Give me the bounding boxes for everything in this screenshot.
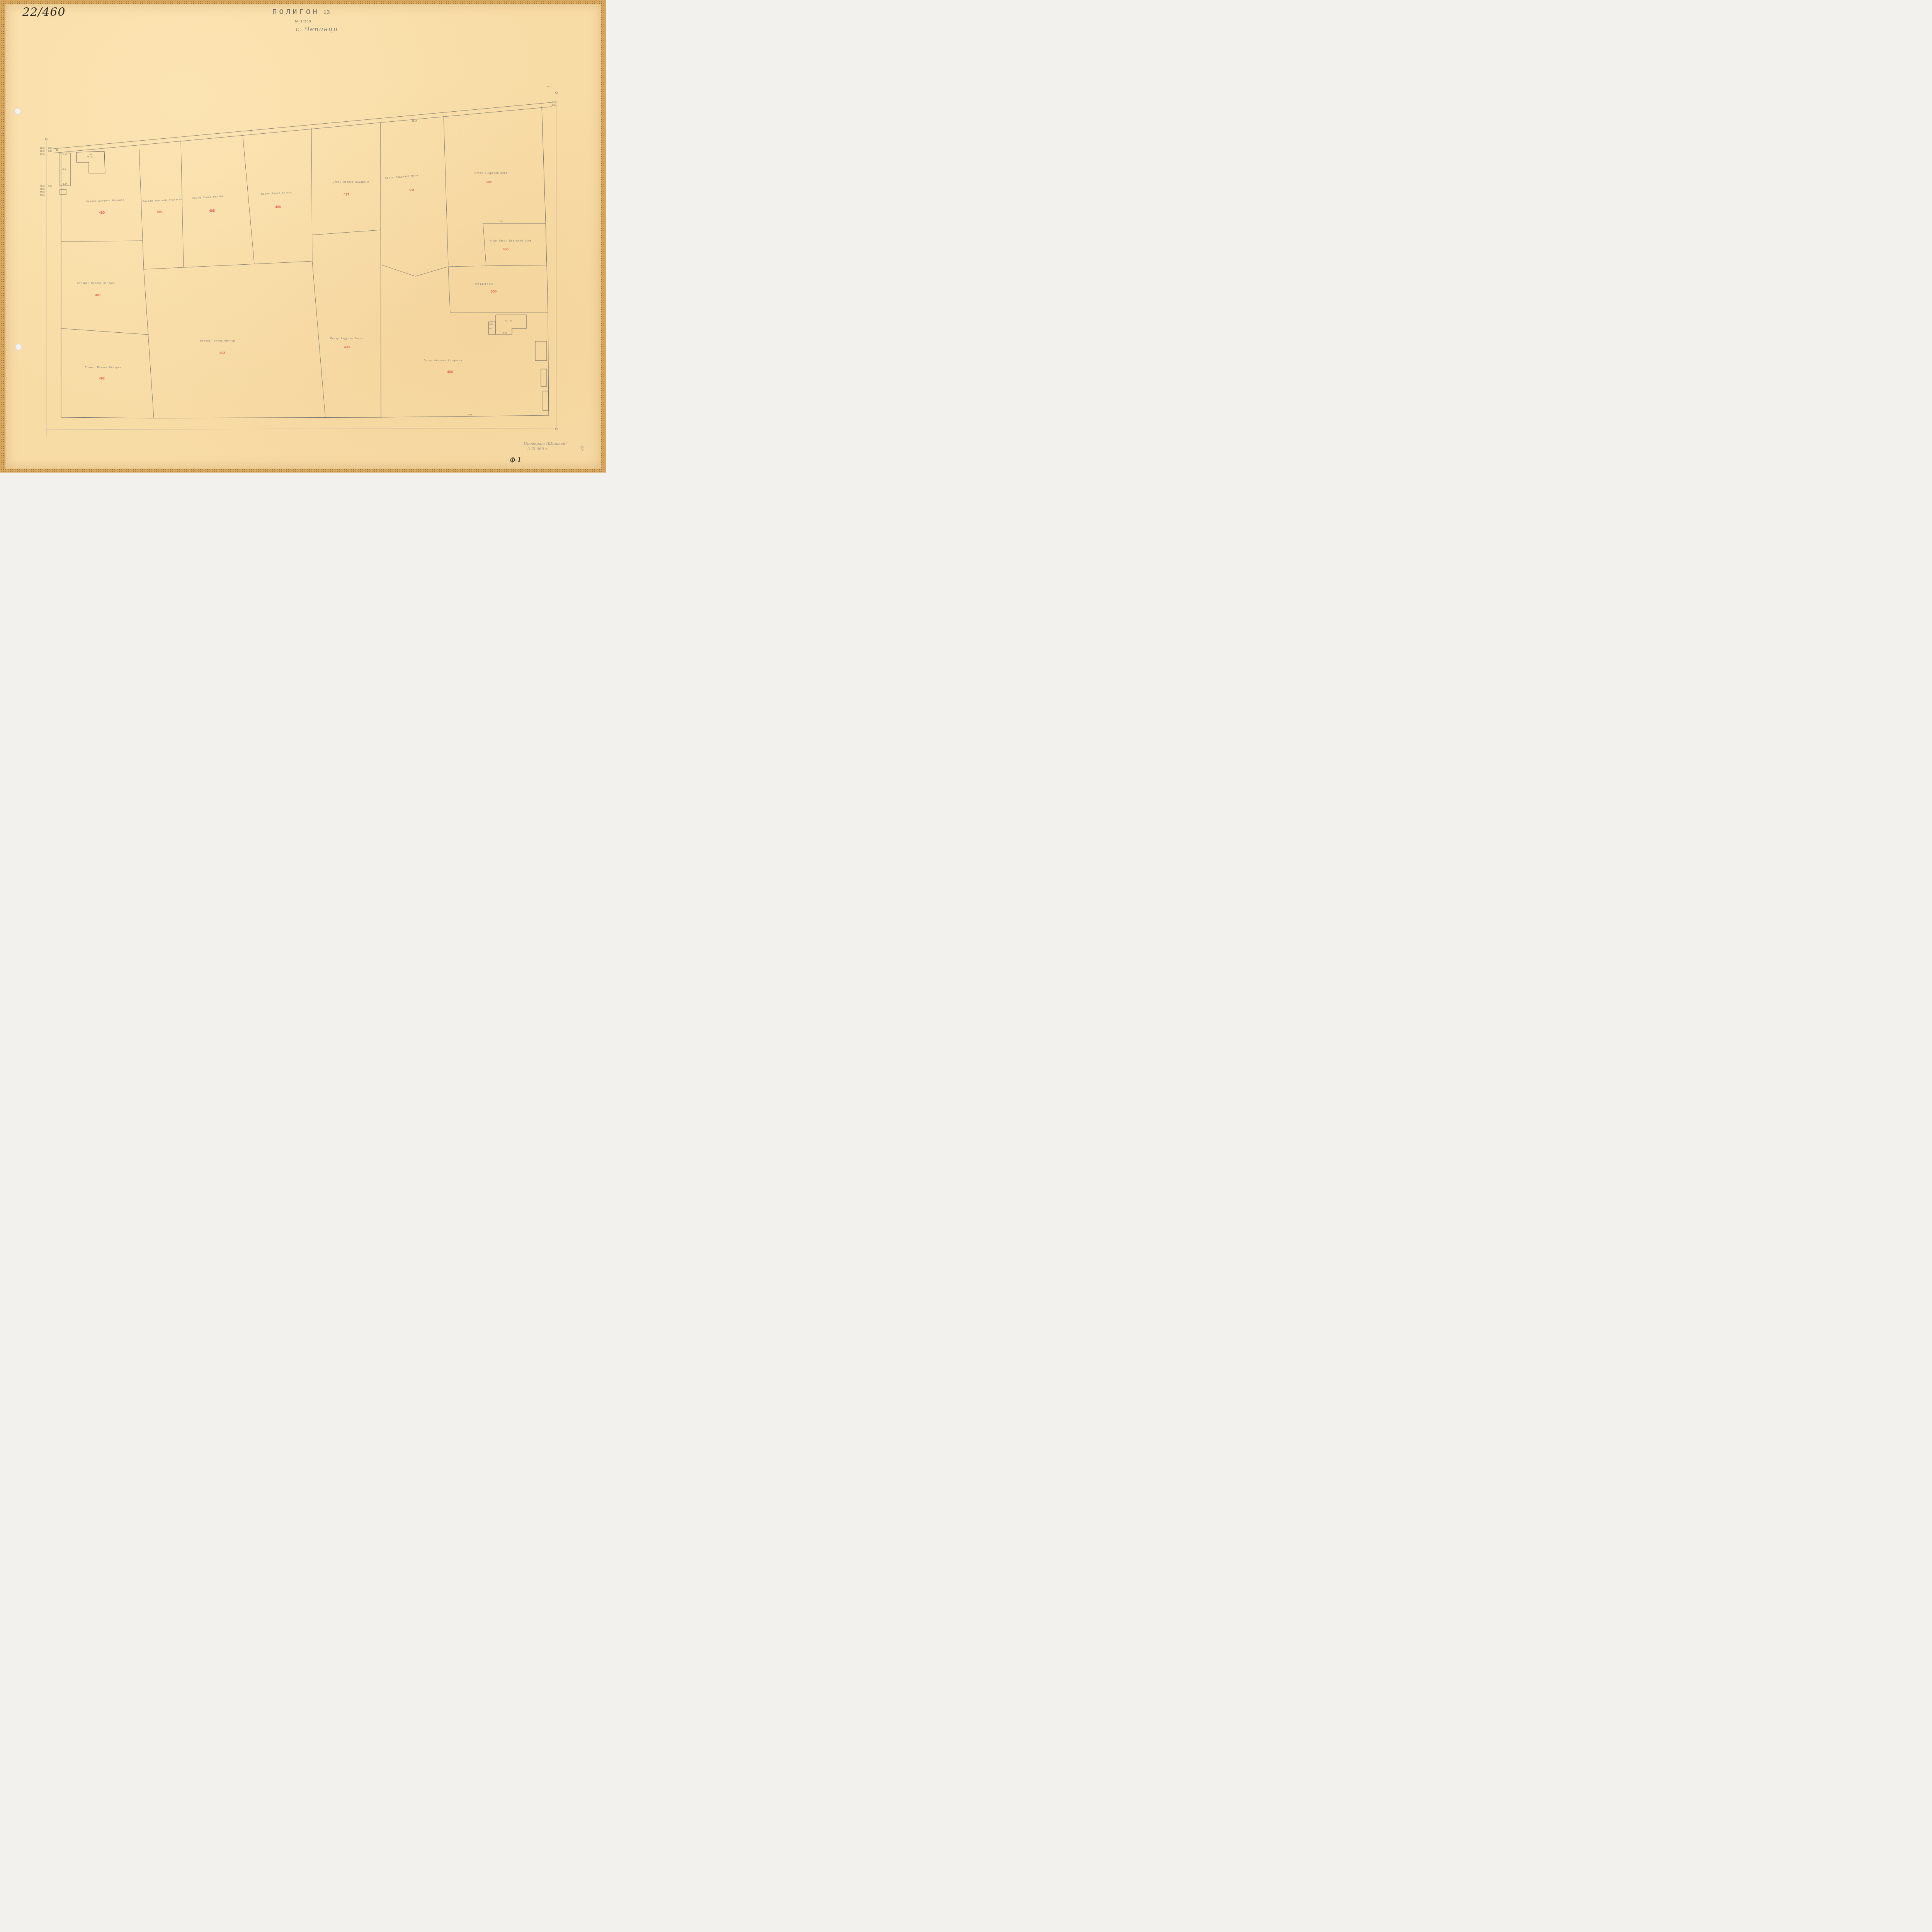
parcel-owner: Стоян Гьоргиев Юсов	[474, 172, 508, 175]
parcel-number: 501	[409, 188, 415, 192]
dimension: 68.95	[468, 414, 473, 416]
dimension: 79.68	[40, 185, 45, 187]
parcel-owner: Петър Андреев Люсов	[330, 337, 364, 340]
dimension: 91.35	[40, 147, 45, 150]
dimension: 7.83	[48, 150, 52, 153]
parcel-owner: Петър Ангелов Стефанов	[424, 359, 462, 362]
parcel-number: 502	[486, 180, 492, 184]
boundary-491-492	[61, 328, 149, 335]
dimension: 90.55	[40, 150, 45, 153]
parcel-number: 499	[447, 370, 453, 374]
dimension: 27.02	[498, 221, 503, 223]
boundary-south-494-497	[144, 261, 312, 269]
boundary-492-493	[144, 269, 154, 418]
boundary-497-inner	[312, 230, 381, 235]
se-buildings	[488, 315, 549, 410]
boundary-494-495	[181, 141, 184, 267]
se-outbuilding-2	[541, 369, 547, 386]
small-shed	[60, 189, 66, 195]
south-boundary	[61, 153, 549, 418]
dimension: 77.20	[40, 191, 45, 194]
parcel-number: 491	[95, 293, 101, 297]
boundary-496-497	[311, 128, 312, 261]
folio-number: ф-1	[510, 456, 522, 464]
dimension: 3.65	[88, 154, 92, 156]
parcel-owner: Трайко Петков Кентров	[85, 366, 122, 369]
cadastral-plan	[0, 0, 606, 473]
dimension: 78.50	[40, 188, 45, 190]
dimension: 4.06	[552, 104, 556, 107]
building-label: М.Ж.	[505, 320, 514, 322]
verification-signature: Проверил: (Шишков)	[524, 441, 567, 447]
boundary-500-west	[448, 267, 450, 312]
survey-point	[250, 130, 252, 131]
boundary-495-496	[243, 134, 254, 264]
road-south-edge	[53, 107, 552, 153]
boundary-490-491	[61, 241, 143, 241]
parcel-number: 493	[219, 351, 225, 355]
verification-date: 3 IX 960 г.	[524, 447, 567, 452]
house-mzh-se	[496, 315, 526, 334]
building-label: М.Ж.	[87, 156, 95, 158]
dimension: 77.05	[40, 194, 45, 197]
boundary-501-502	[444, 116, 448, 265]
parcel-owner: Н-ци Васил Цветанов Юсов	[490, 240, 532, 242]
dimension: 5.03	[503, 332, 507, 334]
nw-buildings	[60, 151, 105, 195]
parcel-owner: Стоян Петров Камарски	[333, 181, 369, 184]
dimension: 2.56	[48, 147, 52, 150]
boundary-503-west	[483, 223, 486, 266]
road-north-edge	[53, 102, 552, 149]
dimension: 165.13	[546, 86, 551, 88]
se-outbuilding-3	[543, 391, 549, 410]
dimension: 3.37	[63, 183, 67, 185]
dimension: 30.43	[412, 120, 417, 122]
dimension: 3.30	[63, 154, 67, 156]
boundary-500-north	[381, 265, 546, 276]
boundary-497-501	[381, 123, 381, 417]
dimension: 90.30	[40, 153, 45, 156]
parcel-owner: Общинско	[475, 283, 493, 286]
parcel-owner: Никола Тончов Велков	[200, 340, 235, 342]
dimension: 2.90	[489, 323, 493, 325]
dimension: 4.65	[48, 185, 52, 187]
parcel-number: 490	[99, 211, 105, 214]
parcel-number: 492	[99, 376, 105, 380]
parcel-number: 500	[491, 289, 497, 293]
survey-station-ne	[556, 92, 558, 94]
boundary-493-498	[312, 261, 325, 418]
building-label: Мб	[62, 168, 66, 171]
building-label: П.С.	[489, 328, 494, 330]
parcel-number: 494	[157, 210, 163, 214]
parcel-owner: Стоимен Петков Кентров	[77, 282, 116, 285]
survey-point	[56, 149, 58, 151]
parcel-number: 503	[503, 247, 509, 251]
verification-note: Проверил: (Шишков) 3 IX 960 г.	[524, 441, 567, 452]
boundary-490-494	[139, 149, 144, 269]
dimension: 3.18	[552, 101, 556, 104]
se-outbuilding-1	[535, 341, 547, 361]
parcel-number: 496	[275, 205, 281, 209]
parcel-number: 495	[209, 209, 215, 213]
parcel-number: 498	[344, 345, 350, 349]
parcel-number: 497	[344, 192, 349, 196]
